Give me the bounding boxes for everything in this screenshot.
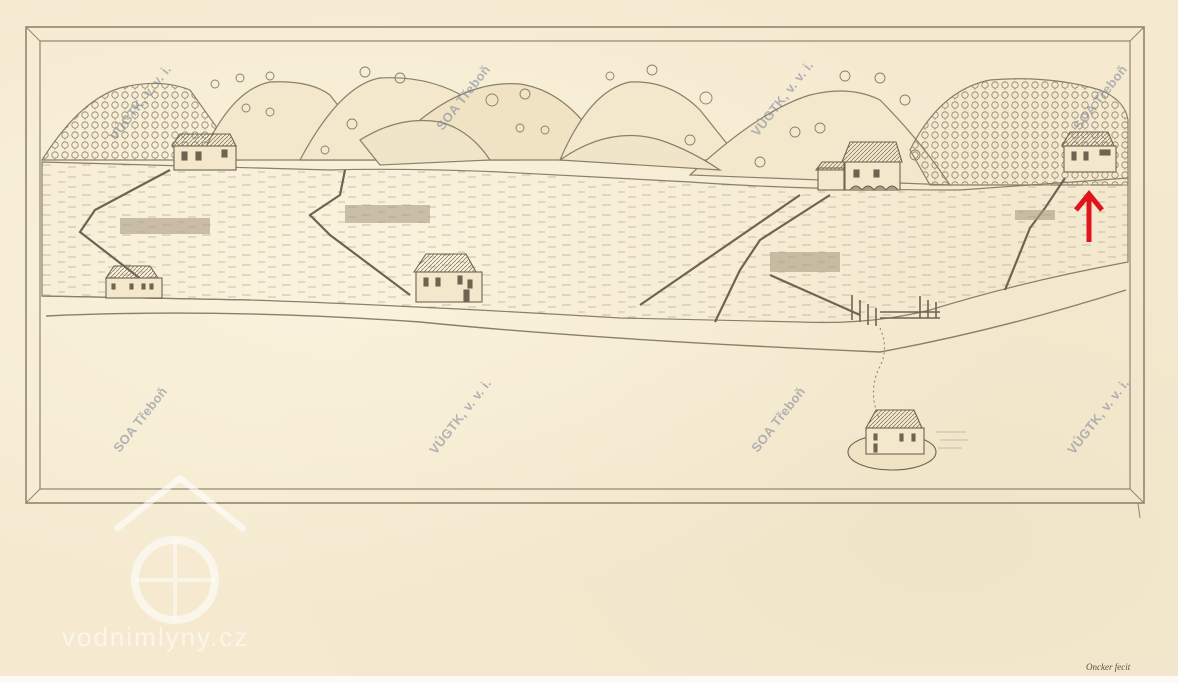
artist-signature: Oncker fecit bbox=[1086, 662, 1130, 672]
building-upper-left bbox=[172, 134, 236, 170]
river bbox=[42, 162, 1128, 352]
building-lower-left bbox=[106, 266, 162, 298]
footpath bbox=[873, 328, 884, 420]
arrow-up-icon bbox=[1072, 188, 1106, 244]
building-island bbox=[848, 410, 968, 470]
building-upper-right-mill bbox=[1062, 132, 1116, 172]
site-logo-text: vodnimlyny.cz bbox=[62, 622, 249, 653]
